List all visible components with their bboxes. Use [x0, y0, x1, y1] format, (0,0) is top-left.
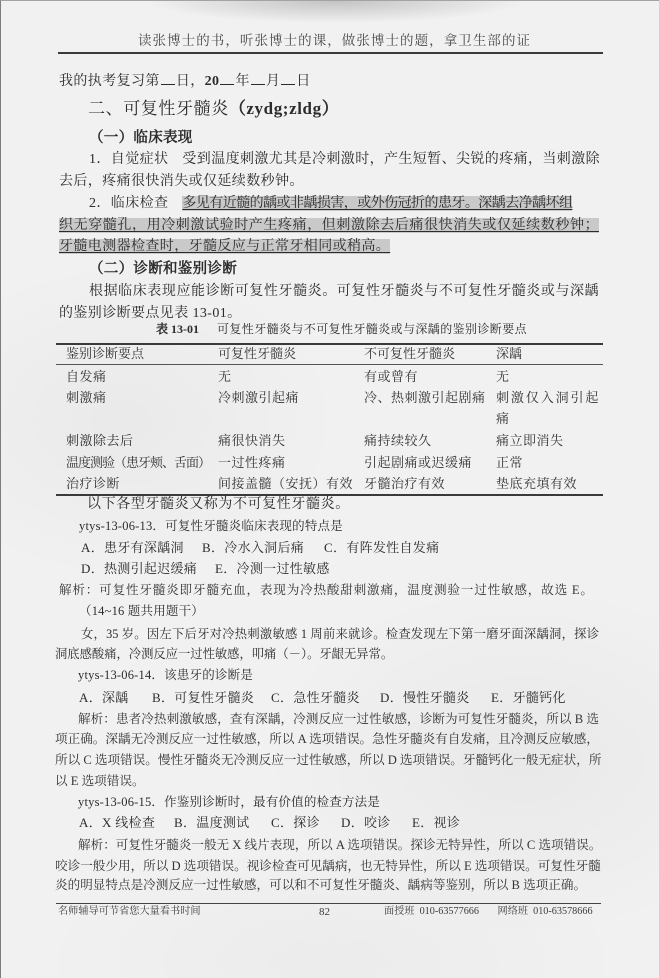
shared-stem-note: （14~16 题共用题干）	[79, 601, 204, 621]
question-14-analysis-line-1: 解析：患者冷热刺激敏感，查有深龋，冷测反应一过性敏感，诊断为可复性牙髓炎，所以 …	[78, 709, 599, 729]
table-cell: 冷刺激引起痛	[218, 387, 299, 408]
case-text-line-1: 女，35 岁。因左下后牙对冷热刺激敏感 1 周前来就诊。检查发现左下第一磨牙面深…	[81, 624, 599, 644]
class1-phone: 010-63577666	[420, 906, 479, 917]
table-cell: 无	[218, 366, 232, 387]
question-15-stem: ytys-13-06-15．作鉴别诊断时，最有价值的检查方法是	[78, 792, 380, 812]
day-end: 日	[296, 74, 310, 89]
table-header-rule	[56, 364, 603, 365]
table-cell: 间接盖髓（安抚）有效	[218, 473, 353, 494]
header-rule	[58, 52, 603, 54]
table-header-cell: 鉴别诊断要点	[66, 344, 144, 364]
footer-rule	[56, 903, 601, 904]
page-number: 82	[319, 905, 330, 919]
month-blank	[251, 72, 265, 85]
table-cell: 垫底充填有效	[496, 473, 577, 494]
highlighted-text: 牙髓电测器检查时，牙髓反应与正常牙相同或稍高。	[59, 239, 390, 254]
diagnosis-paragraph-line-1: 根据临床表现应能诊断可复性牙髓炎。可复性牙髓炎与不可复性牙髓炎或与深龋	[89, 282, 599, 302]
table-cell: 有或曾有	[364, 366, 418, 387]
question-15-option-a: A．X 线检查	[79, 813, 155, 833]
table-cell: 无	[496, 366, 510, 387]
highlighted-text: 多见有近髓的龋或非龋损害，或外伤冠折的患牙。深龋去净龋坏组	[182, 196, 572, 211]
question-13-option-b: B．冷水入洞后痛	[202, 538, 304, 558]
date-prefix: 我的执考复习第	[59, 74, 160, 89]
question-14-option-a: A．深龋	[79, 688, 129, 708]
clinical-item-2-line-3: 牙髓电测器检查时，牙髓反应与正常牙相同或稍高。	[59, 237, 390, 257]
table-title: 可复性牙髓炎与不可复性牙髓炎或与深龋的鉴别诊断要点	[217, 322, 527, 336]
question-14-analysis-line-4: 以 E 选项错误。	[55, 771, 145, 791]
clinical-item-1-text: 受到温度刺激尤其是冷刺激时，产生短暂、尖锐的疼痛，当刺激除	[182, 152, 600, 167]
running-header: 读张博士的书，听张博士的课，做张博士的题，拿卫生部的证	[138, 31, 531, 51]
question-14-option-d: D．慢性牙髓炎	[380, 688, 470, 708]
question-13-option-a: A．患牙有深龋洞	[81, 538, 184, 558]
question-15-option-e: E．视诊	[412, 813, 460, 833]
question-14-option-c: C．急性牙髓炎	[271, 688, 360, 708]
question-13-stem: ytys-13-06-13．可复性牙髓炎临床表现的特点是	[79, 516, 343, 536]
table-cell: 自发痛	[66, 366, 107, 387]
table-header-cell: 可复性牙髓炎	[218, 344, 296, 364]
question-15-analysis-line-2: 咬诊一般少用，所以 D 选项错误。视诊检查可见龋病，也无特异性，所以 E 选项错…	[55, 856, 599, 876]
question-15-analysis-line-1: 解析：可复性牙髓炎一般无 X 线片表现，所以 A 选项错误。探诊无特异性，所以 …	[78, 835, 599, 855]
class2-label: 网络班	[498, 906, 529, 917]
question-15-analysis-line-3: 炎的明显特点是冷测反应一过性敏感，可以和不可复性牙髓炎、龋病等鉴别，所以 B 选…	[55, 875, 586, 895]
clinical-item-2-line-1: 2．临床检查多见有近髓的龋或非龋损害，或外伤冠折的患牙。深龋去净龋坏组	[89, 194, 572, 214]
month-unit: 月	[266, 74, 280, 89]
question-13-option-e: E．冷测一过性敏感	[215, 559, 330, 579]
case-text-line-2: 洞底感酸痛，冷测反应一过性敏感，叩痛（－）。牙龈无异常。	[55, 644, 393, 664]
table-cell: 痛持续较久	[364, 430, 432, 451]
section-title: 二、可复性牙髓炎（zydg;zldg）	[88, 98, 339, 120]
clinical-item-2-label: 2．临床检查	[89, 196, 168, 211]
table-cell: 牙髓治疗有效	[364, 473, 445, 494]
table-cell: 温度测验（患牙颊、舌面）	[66, 452, 210, 473]
table-cell: 正常	[496, 452, 523, 473]
day-blank	[161, 72, 175, 85]
footer-contacts: 面授班010-63577666 网络班010-63578666	[384, 905, 593, 919]
subsection-heading-diagnosis: （二）诊断和鉴别诊断	[89, 259, 237, 279]
question-14-stem: ytys-13-06-14．该患牙的诊断是	[78, 665, 253, 685]
class1-label: 面授班	[384, 906, 415, 917]
document-page: 读张博士的书，听张博士的课，做张博士的题，拿卫生部的证 我的执考复习第日，20年…	[0, 0, 659, 978]
table-caption: 表 13-01可复性牙髓炎与不可复性牙髓炎或与深龋的鉴别诊断要点	[156, 320, 527, 338]
table-cell: 一过性疼痛	[218, 452, 286, 473]
day-unit: 日，	[176, 74, 205, 89]
question-14-analysis-line-2: 项正确。深龋无冷测反应一过性敏感，所以 A 选项错误。急性牙髓炎有自发痛，且冷测…	[55, 729, 599, 749]
question-14-option-b: B．可复性牙髓炎	[152, 688, 254, 708]
footer-slogan: 名师辅导可节省您大量看书时间	[58, 905, 201, 919]
question-15-option-d: D．咬诊	[341, 813, 391, 833]
year-blank	[220, 72, 234, 85]
question-15-option-b: B．温度测试	[174, 813, 249, 833]
study-date-line: 我的执考复习第日，20年月日	[59, 72, 311, 92]
question-15-option-c: C．探诊	[271, 813, 320, 833]
table-cell: 痛很快消失	[218, 430, 286, 451]
table-number: 表 13-01	[156, 322, 199, 336]
section-abbr: （zydg;zldg）	[229, 99, 339, 118]
table-cell: 引起剧痛或迟缓痛	[364, 452, 472, 473]
table-cell: 冷、热刺激引起剧痛	[364, 387, 486, 408]
clinical-item-2-line-2: 织无穿髓孔，用冷刺激试验时产生疼痛，但刺激除去后痛很快消失或仅延续数秒钟；	[59, 216, 599, 236]
highlighted-text: 织无穿髓孔，用冷刺激试验时产生疼痛，但刺激除去后痛很快消失或仅延续数秒钟；	[59, 218, 599, 233]
class2-phone: 010-63578666	[533, 906, 592, 917]
question-13-analysis: 解析：可复性牙髓炎即牙髓充血，表现为冷热酸甜刺激痛，温度测验一过性敏感，故选 E…	[59, 580, 594, 600]
question-13-option-c: C．有阵发性自发痛	[324, 538, 439, 558]
table-cell: 刺激痛	[66, 387, 107, 408]
table-cell: 痛立即消失	[496, 430, 564, 451]
question-14-option-e: E．牙髓钙化	[491, 688, 566, 708]
table-cell: 刺激仅入洞引起痛	[496, 387, 600, 429]
year-prefix: 20	[205, 74, 220, 89]
year-unit: 年	[235, 74, 249, 89]
clinical-item-1-line-1: 1．自觉症状受到温度刺激尤其是冷刺激时，产生短暂、尖锐的疼痛，当刺激除	[89, 150, 599, 170]
question-14-analysis-line-3: 所以 C 选项错误。慢性牙髓炎无冷测反应一过性敏感，所以 D 选项错误。牙髓钙化…	[55, 750, 599, 770]
day2-blank	[281, 72, 295, 85]
note-text: 以下各型牙髓炎又称为不可复性牙髓炎。	[87, 495, 350, 515]
subsection-heading-clinical: （一）临床表现	[89, 128, 193, 148]
table-cell: 治疗诊断	[66, 473, 120, 494]
clinical-item-1-label: 1．自觉症状	[89, 152, 168, 167]
table-header-cell: 不可复性牙髓炎	[364, 344, 455, 364]
table-cell: 刺激除去后	[66, 430, 134, 451]
table-header-cell: 深龋	[496, 344, 522, 364]
question-13-option-d: D．热测引起迟缓痛	[81, 559, 197, 579]
clinical-item-1-line-2: 去后，疼痛很快消失或仅延续数秒钟。	[59, 172, 304, 192]
section-title-text: 二、可复性牙髓炎	[88, 99, 229, 118]
